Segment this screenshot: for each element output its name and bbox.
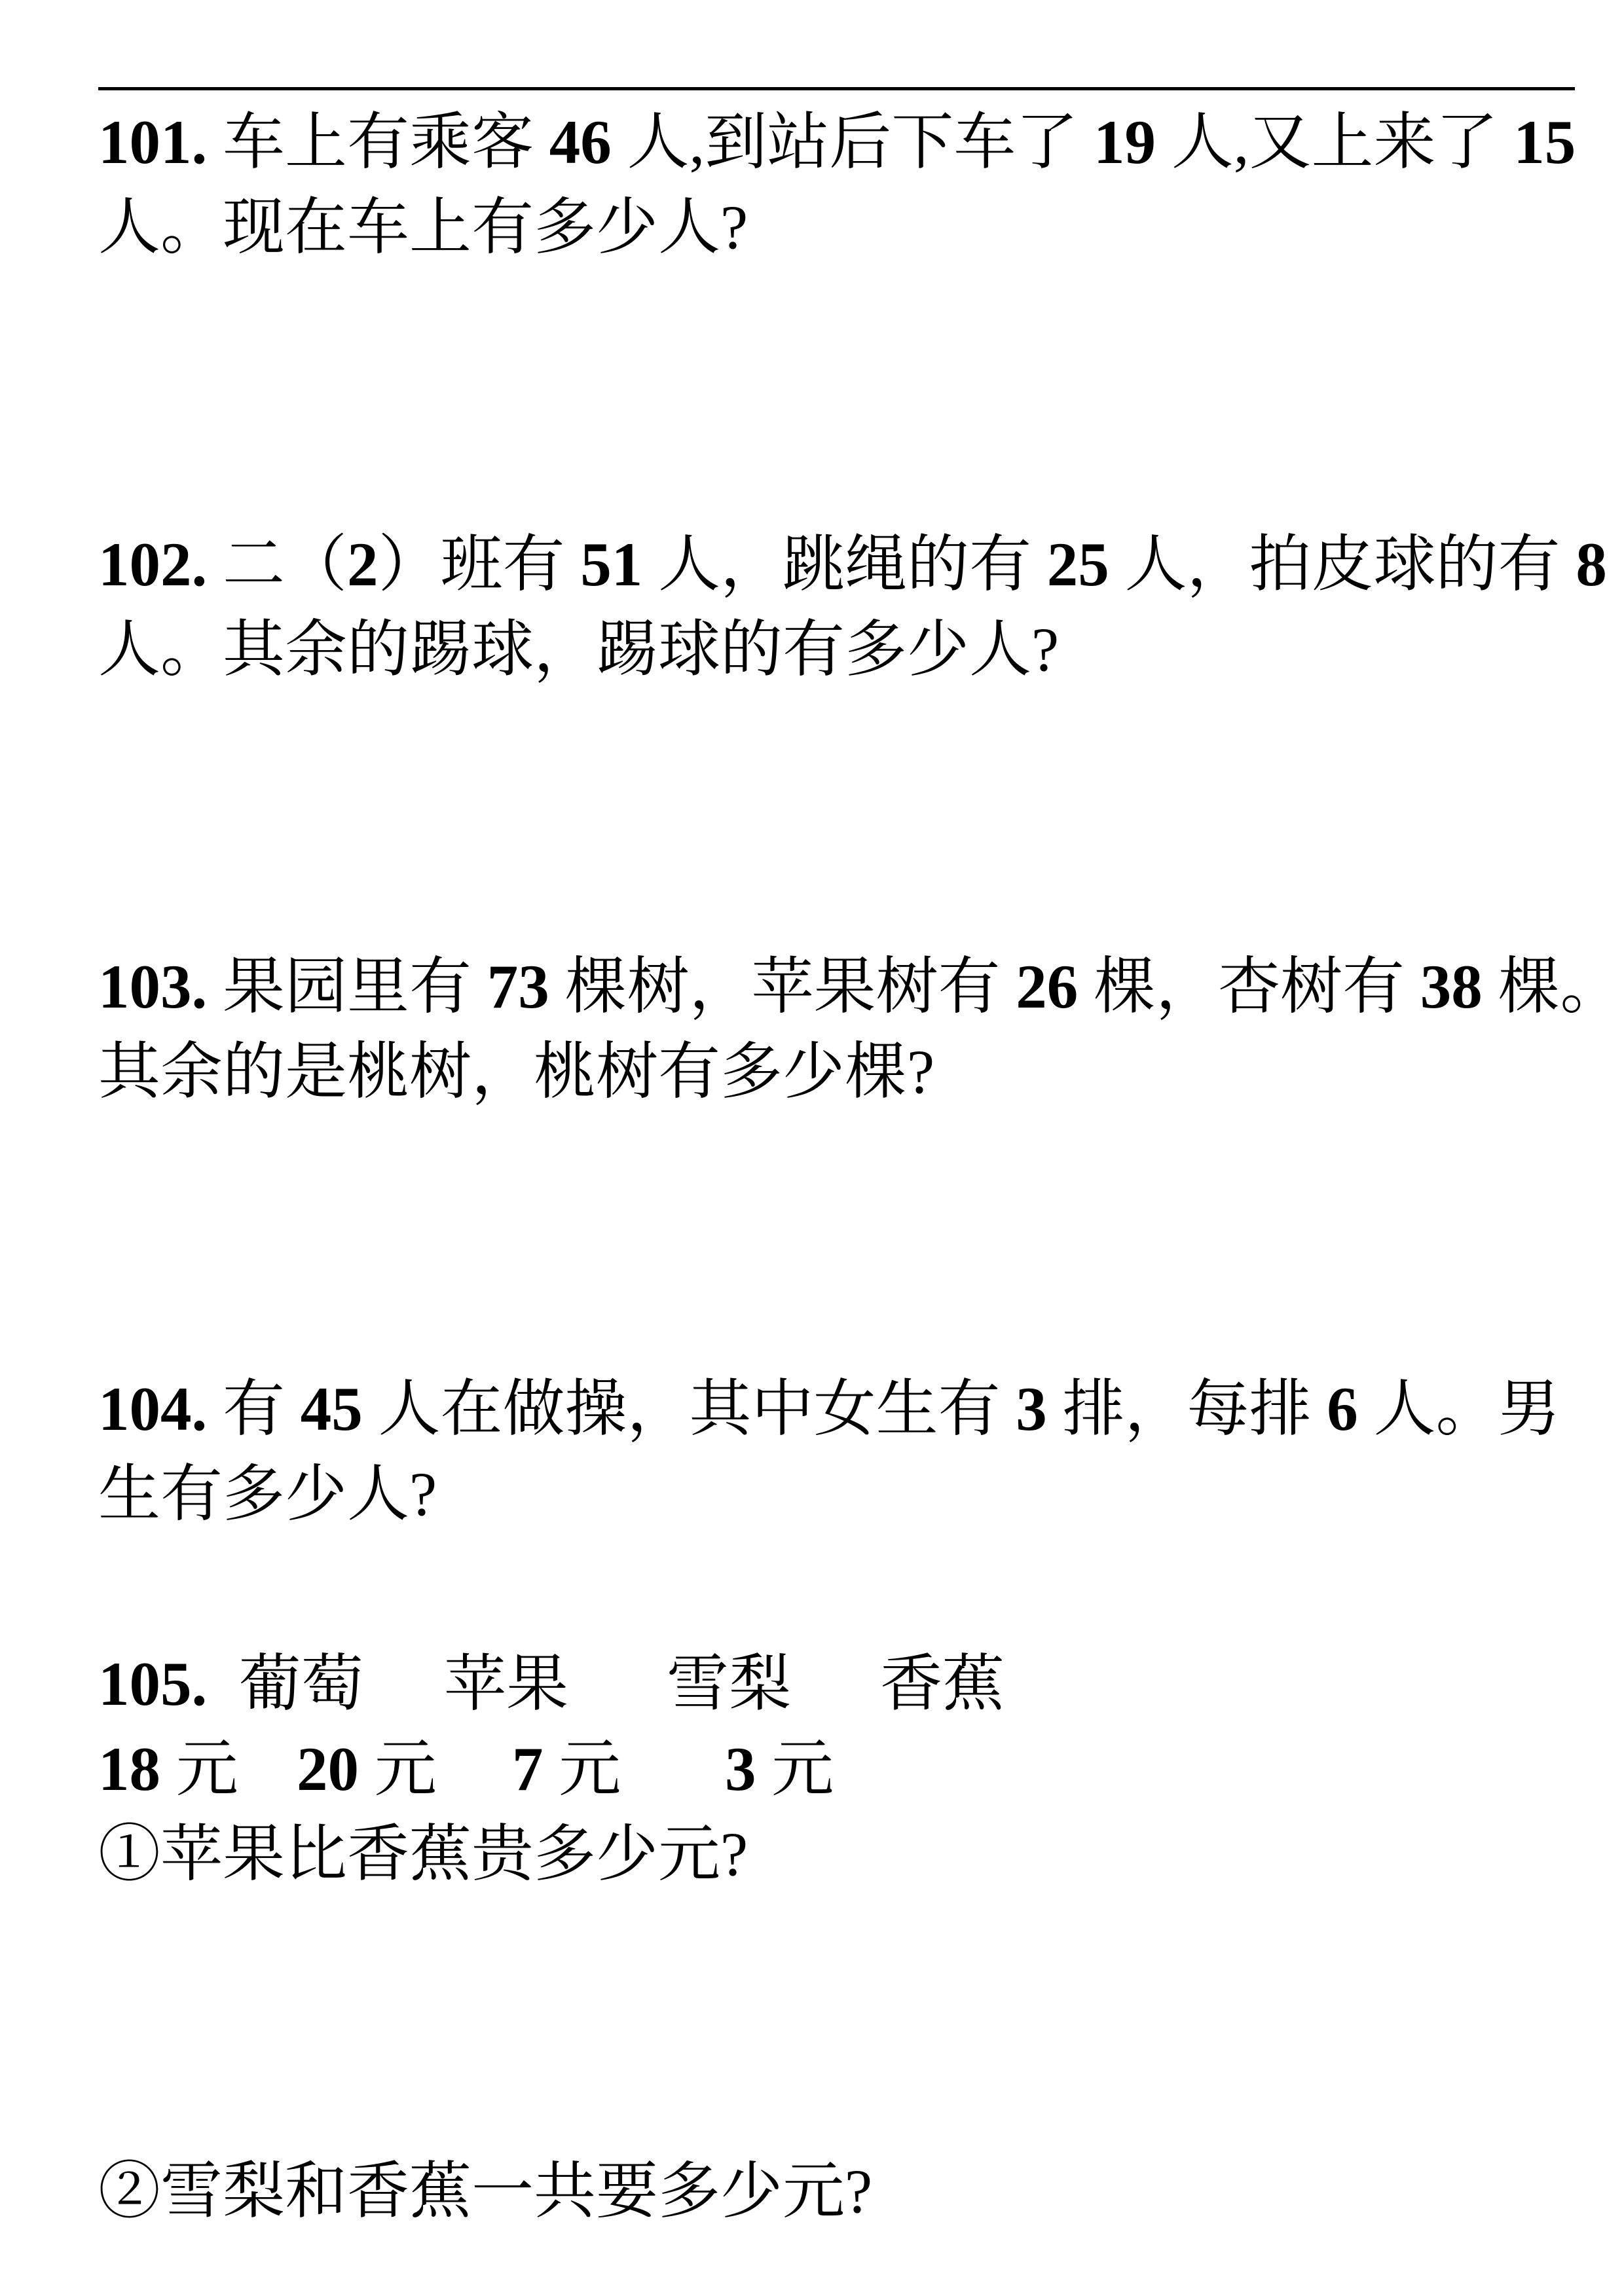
number-value: 73 — [487, 952, 549, 1021]
text-run: 人。男 — [1358, 1374, 1560, 1444]
text-run: 人在做操，其中女生有 — [363, 1374, 1016, 1444]
price-banana: 3 元 — [725, 1726, 834, 1812]
number-value: 3 — [725, 1734, 756, 1804]
problem-105-fruit-prices: 18 元20 元7 元3 元 — [98, 1726, 1578, 1812]
problem-104-line-1: 104. 有 45 人在做操，其中女生有 3 排，每排 6 人。男 — [98, 1366, 1578, 1451]
number-value: 7 — [512, 1734, 544, 1804]
text-run: 有 — [207, 1374, 301, 1444]
number-value: 45 — [301, 1374, 363, 1444]
number-value: 8 — [1576, 530, 1607, 599]
number-value: 3 — [1016, 1374, 1047, 1444]
problem-101: 101. 车上有乘客 46 人,到站后下车了 19 人,又上来了 15 人。现在… — [98, 100, 1578, 270]
text-run: ）班有 — [378, 530, 581, 599]
number-value: 18 — [98, 1734, 160, 1804]
number-value: 26 — [1016, 952, 1078, 1021]
problem-number: 101. — [98, 107, 207, 177]
price-grape: 18 元 — [98, 1726, 238, 1812]
unit-yuan: 元 — [771, 1734, 834, 1804]
problem-103: 103. 果园里有 73 棵树，苹果树有 26 棵，杏树有 38 棵。 其余的是… — [98, 944, 1578, 1114]
text-run: 二（ — [207, 530, 347, 599]
worksheet-page: 101. 车上有乘客 46 人,到站后下车了 19 人,又上来了 15 人。现在… — [0, 0, 1624, 2296]
problem-number: 105. — [98, 1641, 207, 1726]
problem-103-line-1: 103. 果园里有 73 棵树，苹果树有 26 棵，杏树有 38 棵。 — [98, 944, 1578, 1029]
problem-104-line-2: 生有多少人? — [98, 1451, 1578, 1537]
text-run: 果园里有 — [207, 952, 487, 1021]
problem-number: 104. — [98, 1374, 207, 1444]
problem-number: 103. — [98, 952, 207, 1021]
problem-103-line-2: 其余的是桃树，桃树有多少棵? — [98, 1029, 1578, 1114]
number-value: 38 — [1420, 952, 1483, 1021]
number-value: 20 — [297, 1734, 359, 1804]
unit-yuan: 元 — [559, 1734, 621, 1804]
problem-101-line-2: 人。现在车上有多少人? — [98, 185, 1578, 270]
text-run: ②雪梨和香蕉一共要多少元? — [98, 2157, 872, 2226]
problem-105-fruit-names: 105.葡萄苹果雪梨香蕉 — [98, 1641, 1578, 1726]
fruit-name-apple: 苹果 — [444, 1641, 568, 1726]
problem-number: 102. — [98, 530, 207, 599]
problem-101-line-1: 101. 车上有乘客 46 人,到站后下车了 19 人,又上来了 15 — [98, 100, 1578, 185]
text-run: 棵树，苹果树有 — [549, 952, 1016, 1021]
number-value: 19 — [1094, 107, 1156, 177]
number-value: 15 — [1513, 107, 1576, 177]
number-value: 25 — [1047, 530, 1109, 599]
text-run: 人,又上来了 — [1156, 107, 1513, 177]
problem-105-subquestion-1: ①苹果比香蕉贵多少元? — [98, 1812, 1578, 1897]
text-run: ①苹果比香蕉贵多少元? — [98, 1819, 748, 1889]
unit-yuan: 元 — [176, 1734, 238, 1804]
text-run: 棵，杏树有 — [1078, 952, 1420, 1021]
text-run: 其余的是桃树，桃树有多少棵? — [98, 1037, 934, 1106]
text-run: 人。其余的踢球，踢球的有多少人? — [98, 615, 1059, 684]
text-run: 生有多少人? — [98, 1459, 437, 1529]
number-value: 46 — [549, 107, 612, 177]
problem-105-subquestion-2: ②雪梨和香蕉一共要多少元? — [98, 2149, 1578, 2234]
problem-102-line-1: 102. 二（2）班有 51 人，跳绳的有 25 人，拍皮球的有 8 — [98, 522, 1578, 607]
text-run: 人。现在车上有多少人? — [98, 192, 748, 262]
number-value: 51 — [580, 530, 642, 599]
fruit-name-banana: 香蕉 — [880, 1641, 1005, 1726]
number-value: 2 — [347, 530, 378, 599]
text-run: 人，拍皮球的有 — [1109, 530, 1576, 599]
text-run: 人，跳绳的有 — [642, 530, 1047, 599]
text-run: 车上有乘客 — [207, 107, 549, 177]
text-run: 棵。 — [1483, 952, 1623, 1021]
text-run: 排，每排 — [1047, 1374, 1327, 1444]
problem-105: 105.葡萄苹果雪梨香蕉 18 元20 元7 元3 元 ①苹果比香蕉贵多少元? … — [98, 1641, 1578, 2234]
fruit-name-grape: 葡萄 — [239, 1641, 363, 1726]
number-value: 6 — [1327, 1374, 1358, 1444]
top-rule — [98, 87, 1575, 90]
unit-yuan: 元 — [375, 1734, 437, 1804]
price-apple: 20 元 — [297, 1726, 437, 1812]
problem-102-line-2: 人。其余的踢球，踢球的有多少人? — [98, 607, 1578, 692]
price-pear: 7 元 — [512, 1726, 621, 1812]
problem-102: 102. 二（2）班有 51 人，跳绳的有 25 人，拍皮球的有 8 人。其余的… — [98, 522, 1578, 692]
problem-104: 104. 有 45 人在做操，其中女生有 3 排，每排 6 人。男 生有多少人? — [98, 1366, 1578, 1537]
fruit-name-pear: 雪梨 — [667, 1641, 791, 1726]
text-run: 人,到站后下车了 — [612, 107, 1094, 177]
